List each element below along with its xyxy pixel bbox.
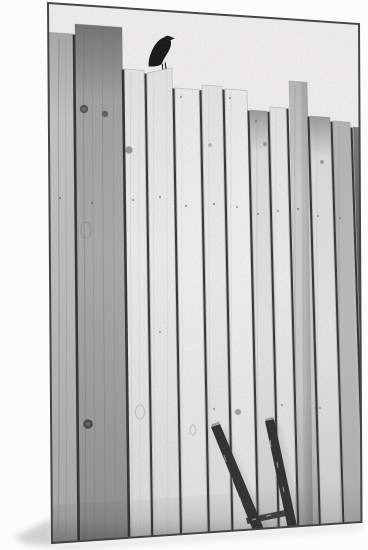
artwork-canvas (0, 0, 368, 550)
print-mockup (0, 0, 368, 550)
film-grain (40, 0, 368, 550)
photo (40, 0, 368, 550)
